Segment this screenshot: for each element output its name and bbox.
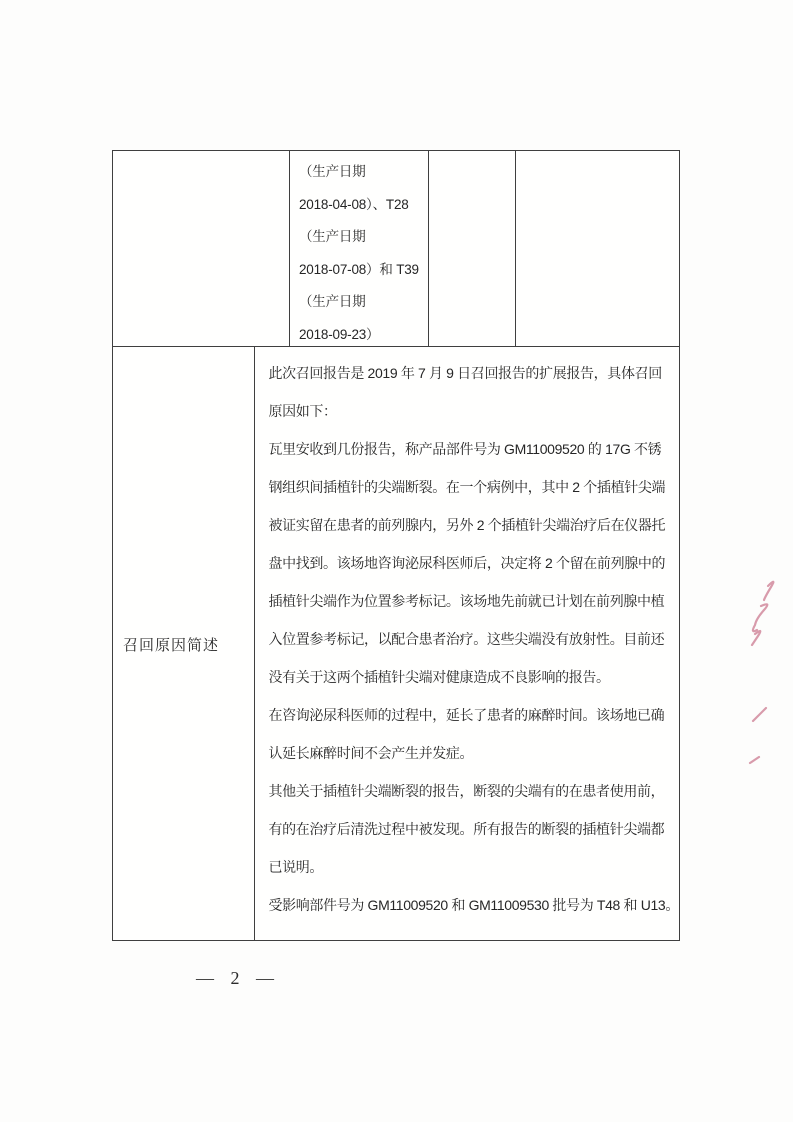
recall-reason-label-cell: 召回原因简述 [113,347,255,941]
recall-reason-line: 有的在治疗后清洗过程中被发现。所有报告的断裂的插植针尖端都 [268,810,679,848]
page-number: — 2 — [196,968,275,989]
recall-reason-line: 盘中找到。该场地咨询泌尿科医师后，决定将 2 个留在前列腺中的 [268,544,679,582]
table-row-batch-dates: （生产日期 2018-04-08）、T28 （生产日期 2018-07-08）和… [113,151,679,347]
batch-date-line: 2018-07-08）和 T39 [299,254,428,287]
batch-row-empty-cell-right [516,151,679,346]
recall-reason-line: 插植针尖端作为位置参考标记。该场地先前就已计划在前列腺中植 [268,582,679,620]
recall-reason-line: 原因如下： [268,392,679,430]
recall-reason-line: 已说明。 [268,848,679,886]
batch-date-line: （生产日期 [299,286,428,319]
batch-date-line: （生产日期 [299,156,428,189]
recall-reason-label: 召回原因简述 [123,634,219,655]
recall-reason-content-cell: 此次召回报告是 2019 年 7 月 9 日召回报告的扩展报告，具体召回 原因如… [255,347,679,941]
recall-reason-line: 没有关于这两个插植针尖端对健康造成不良影响的报告。 [268,658,679,696]
margin-handwriting-marks [728,572,790,782]
recall-report-table: （生产日期 2018-04-08）、T28 （生产日期 2018-07-08）和… [112,150,680,941]
recall-reason-line: 此次召回报告是 2019 年 7 月 9 日召回报告的扩展报告，具体召回 [268,354,679,392]
recall-reason-line: 瓦里安收到几份报告，称产品部件号为 GM11009520 的 17G 不锈 [268,430,679,468]
recall-reason-line: 其他关于插植针尖端断裂的报告，断裂的尖端有的在患者使用前， [268,772,679,810]
document-page: （生产日期 2018-04-08）、T28 （生产日期 2018-07-08）和… [0,0,793,1122]
batch-row-empty-cell-mid [429,151,516,346]
recall-reason-line: 钢组织间插植针的尖端断裂。在一个病例中，其中 2 个插植针尖端 [268,468,679,506]
batch-dates-cell: （生产日期 2018-04-08）、T28 （生产日期 2018-07-08）和… [290,151,429,346]
batch-date-line: 2018-04-08）、T28 [299,189,428,222]
recall-reason-line: 认延长麻醉时间不会产生并发症。 [268,734,679,772]
batch-row-empty-cell-left [113,151,290,346]
batch-date-line: （生产日期 [299,221,428,254]
table-row-recall-reason: 召回原因简述 此次召回报告是 2019 年 7 月 9 日召回报告的扩展报告，具… [113,347,679,941]
recall-reason-line: 入位置参考标记，以配合患者治疗。这些尖端没有放射性。目前还 [268,620,679,658]
recall-reason-line: 在咨询泌尿科医师的过程中，延长了患者的麻醉时间。该场地已确 [268,696,679,734]
recall-reason-line: 受影响部件号为 GM11009520 和 GM11009530 批号为 T48 … [268,886,679,924]
recall-reason-line: 被证实留在患者的前列腺内，另外 2 个插植针尖端治疗后在仪器托 [268,506,679,544]
